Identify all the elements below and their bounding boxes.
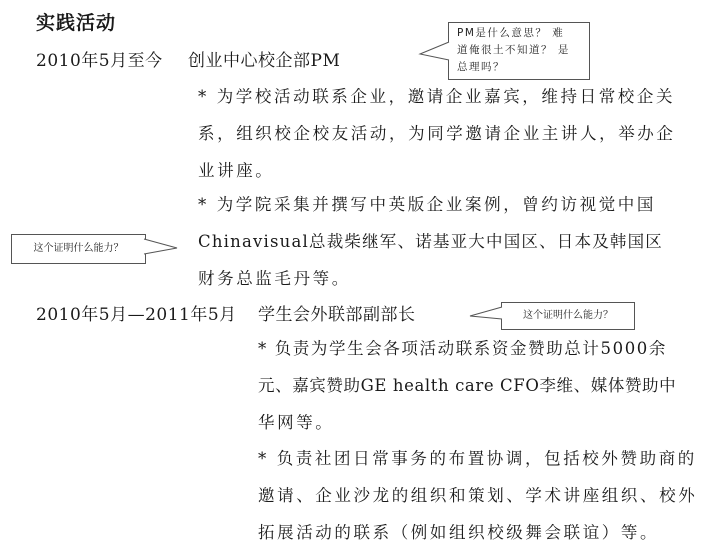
entry-1-bullet-1: * 为学校活动联系企业，邀请企业嘉宾，维持日常校企关 系，组织校企校友活动，为同… (198, 78, 727, 189)
text-line: 财务总监毛丹等。 (198, 260, 727, 297)
section-title: 实践活动 (36, 8, 116, 35)
text-line: 系，组织校企校友活动，为同学邀请企业主讲人，举办企 (198, 115, 727, 152)
text-line: 业讲座。 (198, 152, 727, 189)
callout-pointer-icon (468, 306, 504, 326)
entry-2-period: 2010年5月—2011年5月 (36, 300, 237, 325)
callout-line: PM是什么意思？ 难 (457, 25, 589, 42)
entry-1-role: 创业中心校企部PM (188, 46, 340, 71)
callout-pointer-icon (418, 40, 450, 64)
text-line: 拓展活动的联系（例如组织校级舞会联谊）等。 (258, 514, 727, 548)
entry-2-role: 学生会外联部副部长 (258, 300, 416, 325)
text-line: * 为学院采集并撰写中英版企业案例，曾约访视觉中国 (198, 186, 727, 223)
text-line: 邀请、企业沙龙的组织和策划、学术讲座组织、校外 (258, 477, 727, 514)
callout-line: 道俺很土不知道？ 是 (457, 42, 589, 59)
entry-2-bullet-1: * 负责为学生会各项活动联系资金赞助总计5000余 元、嘉宾赞助GE healt… (258, 330, 727, 441)
callout-ability-question-right: 这个证明什么能力？ (501, 302, 635, 330)
text-line: 元、嘉宾赞助GE health care CFO李维、媒体赞助中 (258, 367, 727, 404)
callout-ability-question-left: 这个证明什么能力？ (11, 234, 146, 264)
text-line: * 负责为学生会各项活动联系资金赞助总计5000余 (258, 330, 727, 367)
text-line: * 负责社团日常事务的布置协调，包括校外赞助商的 (258, 440, 727, 477)
text-line: * 为学校活动联系企业，邀请企业嘉宾，维持日常校企关 (198, 78, 727, 115)
entry-1-bullet-2: * 为学院采集并撰写中英版企业案例，曾约访视觉中国 Chinavisual总裁柴… (198, 186, 727, 297)
text-line: Chinavisual总裁柴继军、诺基亚大中国区、日本及韩国区 (198, 223, 727, 260)
text-line: 华网等。 (258, 404, 727, 441)
entry-1-period: 2010年5月至今 (36, 46, 163, 71)
callout-line: 总理吗？ (457, 59, 589, 76)
callout-pointer-icon (143, 238, 181, 260)
entry-2-bullet-2: * 负责社团日常事务的布置协调，包括校外赞助商的 邀请、企业沙龙的组织和策划、学… (258, 440, 727, 548)
callout-pm-question: PM是什么意思？ 难 道俺很土不知道？ 是 总理吗？ (448, 22, 590, 80)
